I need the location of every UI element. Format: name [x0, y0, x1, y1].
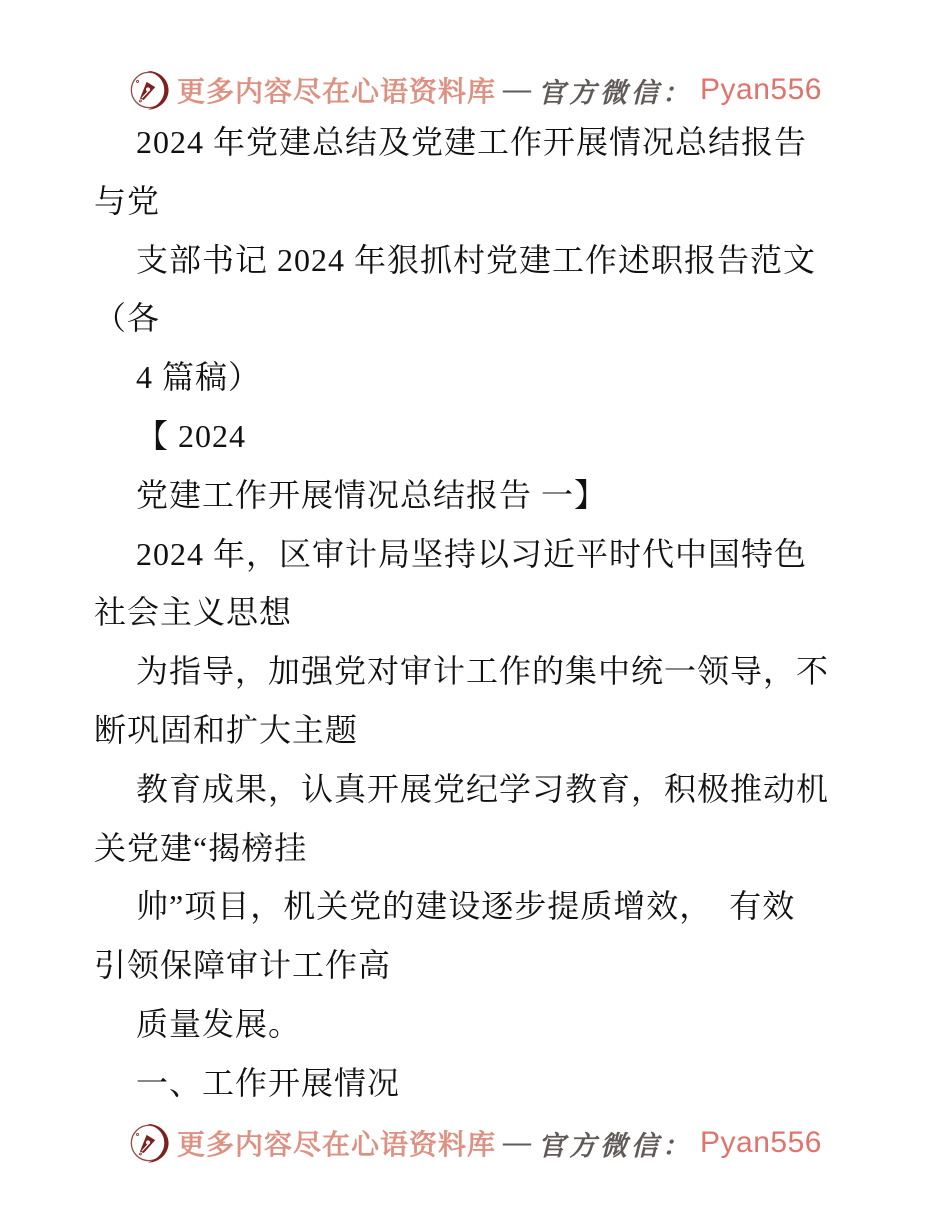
watermark-brand-text: 更多内容尽在心语资料库 [177, 70, 496, 110]
doc-line: 2024 年，区审计局坚持以习近平时代中国特色 [94, 525, 856, 584]
doc-line: 2024 年党建总结及党建工作开展情况总结报告 [94, 113, 856, 172]
document-body: 2024 年党建总结及党建工作开展情况总结报告与党支部书记 2024 年狠抓村党… [94, 113, 856, 1113]
watermark-wechat-id: Pyan556 [700, 1126, 822, 1160]
watermark-header: 更多内容尽在心语资料库 — 官方微信： Pyan556 [0, 62, 950, 118]
watermark-wechat-label: 官方微信： [538, 1124, 693, 1163]
watermark-dash: — [503, 74, 531, 106]
watermark-wechat-id: Pyan556 [700, 73, 822, 107]
doc-line: 【 2024 [94, 407, 856, 466]
pen-nib-logo-icon [128, 69, 170, 111]
doc-line: 教育成果，认真开展党纪学习教育，积极推动机 [94, 760, 856, 819]
page-root: { "watermark": { "logo_icon": "pen-nib-c… [0, 0, 950, 1230]
doc-line: 引领保障审计工作高 [94, 936, 856, 995]
watermark-wechat-label: 官方微信： [538, 71, 693, 110]
watermark-dash: — [503, 1127, 531, 1159]
doc-line: 4 篇稿） [94, 348, 856, 407]
doc-line: 为指导，加强党对审计工作的集中统一领导，不 [94, 642, 856, 701]
doc-line: 一、工作开展情况 [94, 1054, 856, 1113]
doc-line: 帅”项目，机关党的建设逐步提质增效， 有效 [94, 877, 856, 936]
doc-line: 社会主义思想 [94, 583, 856, 642]
watermark-brand-text: 更多内容尽在心语资料库 [177, 1123, 496, 1163]
doc-line: 关党建“揭榜挂 [94, 819, 856, 878]
watermark-footer: 更多内容尽在心语资料库 — 官方微信： Pyan556 [0, 1115, 950, 1171]
doc-line: 党建工作开展情况总结报告 一】 [94, 466, 856, 525]
doc-line: 与党 [94, 172, 856, 231]
doc-line: 断巩固和扩大主题 [94, 701, 856, 760]
doc-line: 支部书记 2024 年狠抓村党建工作述职报告范文 [94, 231, 856, 290]
doc-line: 质量发展。 [94, 995, 856, 1054]
doc-line: （各 [94, 289, 856, 348]
pen-nib-logo-icon [128, 1122, 170, 1164]
